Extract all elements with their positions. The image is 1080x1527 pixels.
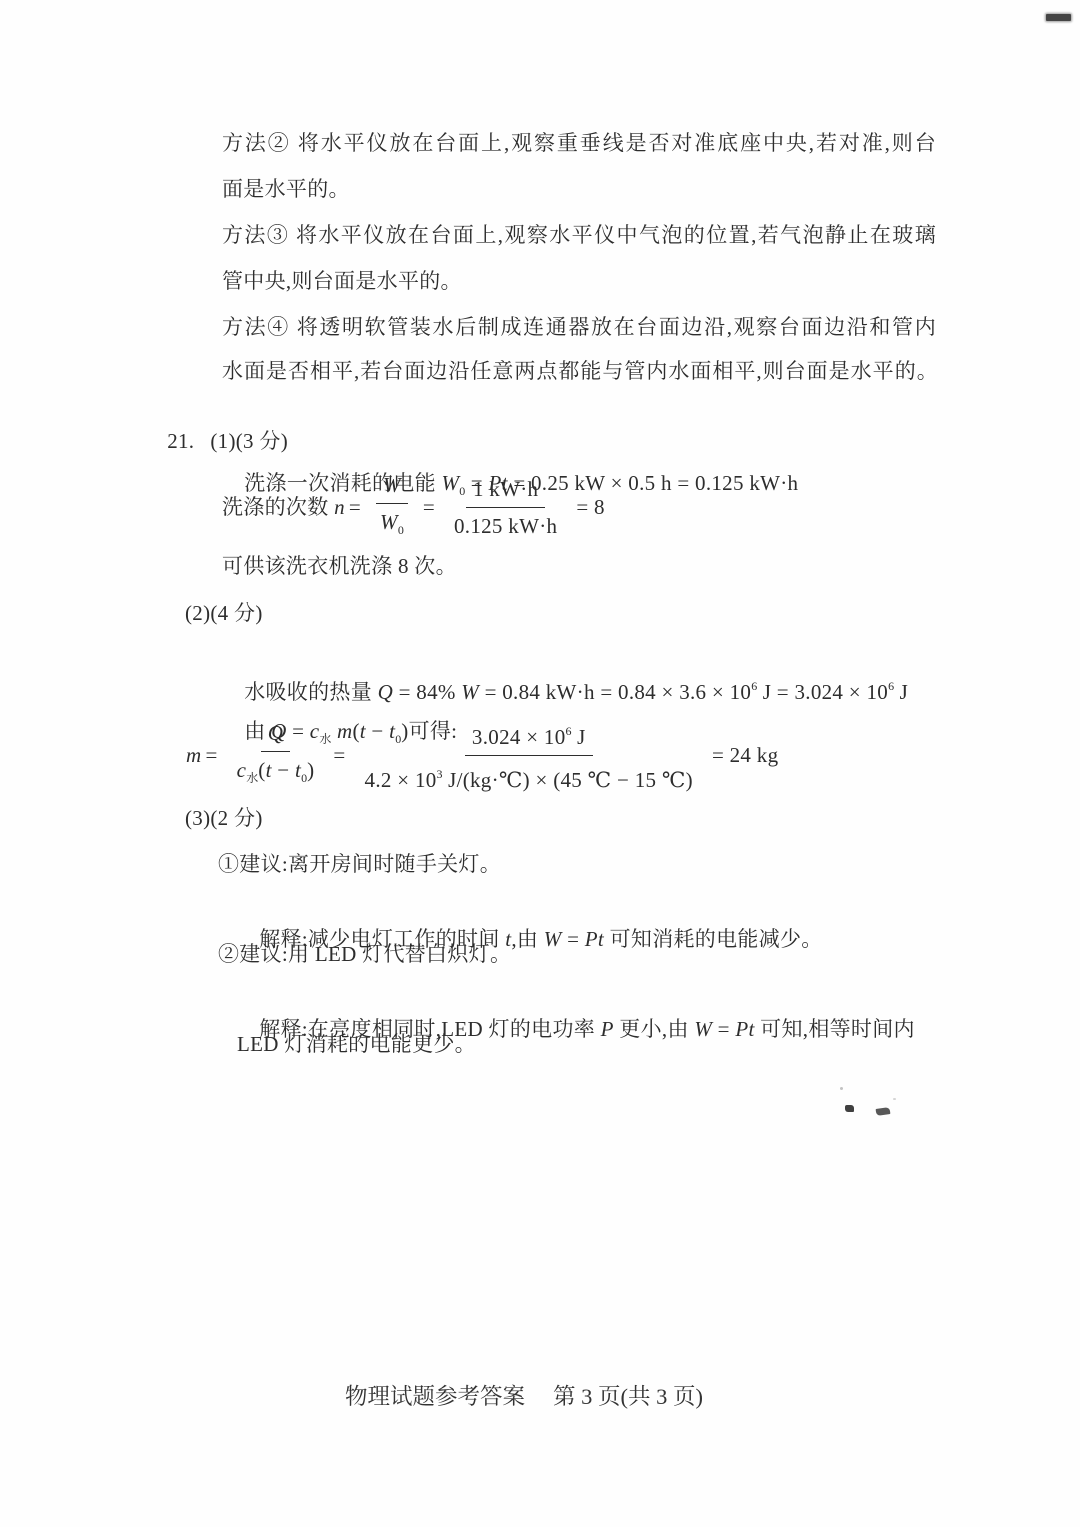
result: = 24 kg [712, 740, 778, 770]
result: = 8 [576, 492, 605, 522]
text: 可知消耗的电能减少。 [604, 927, 823, 951]
sub-0: 0 [398, 523, 404, 537]
explanation-2-line2: LED 灯消耗的电能更少。 [237, 1029, 476, 1059]
suggestion-2: ②建议:用 LED 灯代替白炽灯。 [218, 939, 511, 969]
equals: = [712, 1017, 735, 1041]
var-W: W [380, 510, 398, 534]
answer-sheet-page: 方法② 将水平仪放在台面上,观察重垂线是否对准底座中央,若对准,则台 面是水平的… [0, 0, 1080, 1527]
denominator: 0.125 kW·h [447, 508, 564, 541]
denominator: 4.2 × 103 J/(kg·℃) × (45 ℃ − 15 ℃) [358, 756, 700, 795]
formula-value: = 0.84 kW·h = 0.84 × 3.6 × 10 [479, 680, 751, 704]
value: 4.2 × 10 [365, 768, 437, 792]
fraction-kwh: 1 kW·h 0.125 kW·h [447, 474, 564, 541]
part2-label: (2)(4 分) [185, 598, 263, 628]
value: 3.024 × 10 [472, 725, 566, 749]
paren: ( [258, 758, 265, 782]
paren: ) [307, 758, 314, 782]
var-c: c [237, 758, 247, 782]
scan-artifact-speck [893, 1098, 896, 1100]
footer-page-number: 第 3 页(共 3 页) [553, 1379, 703, 1411]
question-number: 21. [167, 429, 194, 453]
method4-line2: 水面是否相平,若台面边沿任意两点都能与管内水面相平,则台面是水平的。 [222, 356, 938, 386]
equals: = [562, 927, 585, 951]
equals: = [349, 492, 361, 522]
equals: = [333, 740, 345, 770]
part3-label: (3)(2 分) [185, 803, 263, 833]
unit-expression: J/(kg·℃) × (45 ℃ − 15 ℃) [443, 768, 693, 792]
suggestion-1: ①建议:离开房间时随手关灯。 [218, 849, 501, 879]
sub-water: 水 [246, 771, 258, 785]
method3-line2: 管中央,则台面是水平的。 [222, 266, 462, 296]
unit-J: J [572, 725, 586, 749]
var-Pt: Pt [585, 927, 604, 951]
fraction-W-over-W0: W W0 [373, 470, 411, 545]
numerator: 3.024 × 106 J [465, 716, 593, 756]
fraction-Q-over-cmt: Q c水(t − t0) [230, 718, 322, 793]
denominator: W0 [373, 504, 411, 545]
method4-line1: 方法④ 将透明软管装水后制成连通器放在台面边沿,观察台面边沿和管内 [222, 312, 936, 342]
var-P: P [601, 1017, 614, 1041]
denominator: c水(t − t0) [230, 752, 322, 793]
conclusion-wash-count: 可供该洗衣机洗涤 8 次。 [222, 551, 457, 581]
var-m: m [186, 740, 201, 770]
scan-artifact-dash [1046, 14, 1071, 21]
text: 可知,相等时间内 [755, 1017, 915, 1041]
formula-value: J = 3.024 × 10 [757, 680, 888, 704]
method2-line1: 方法② 将水平仪放在台面上,观察重垂线是否对准底座中央,若对准,则台 [222, 128, 936, 158]
minus: − [272, 758, 295, 782]
footer-title: 物理试题参考答案 [345, 1379, 525, 1411]
formula-mass: m = Q c水(t − t0) = 3.024 × 106 J 4.2 × 1… [186, 722, 782, 788]
var-W: W [461, 680, 479, 704]
scan-artifact-speck [840, 1087, 843, 1090]
equals: = [423, 492, 435, 522]
var-W: W [544, 927, 562, 951]
page-footer: 物理试题参考答案 第 3 页(共 3 页) [345, 1379, 703, 1411]
scan-artifact-speck [845, 1105, 854, 1112]
method2-line2: 面是水平的。 [222, 174, 350, 204]
text: ,由 [511, 927, 543, 951]
formula-text: 洗涤的次数 [222, 492, 334, 522]
unit-J: J [894, 680, 908, 704]
var-n: n [334, 492, 345, 522]
numerator: Q [261, 718, 290, 752]
formula-wash-count: 洗涤的次数 n = W W0 = 1 kW·h 0.125 kW·h = 8 [222, 477, 609, 537]
fraction-numeric: 3.024 × 106 J 4.2 × 103 J/(kg·℃) × (45 ℃… [358, 716, 700, 795]
equals: = [205, 740, 217, 770]
numerator: W [376, 470, 408, 504]
scan-artifact-speck [876, 1107, 891, 1116]
method3-line1: 方法③ 将水平仪放在台面上,观察水平仪中气泡的位置,若气泡静止在玻璃 [222, 220, 936, 250]
numerator: 1 kW·h [466, 474, 545, 508]
text: 更小,由 [614, 1017, 695, 1041]
var-Pt: Pt [735, 1017, 754, 1041]
var-W: W [694, 1017, 712, 1041]
